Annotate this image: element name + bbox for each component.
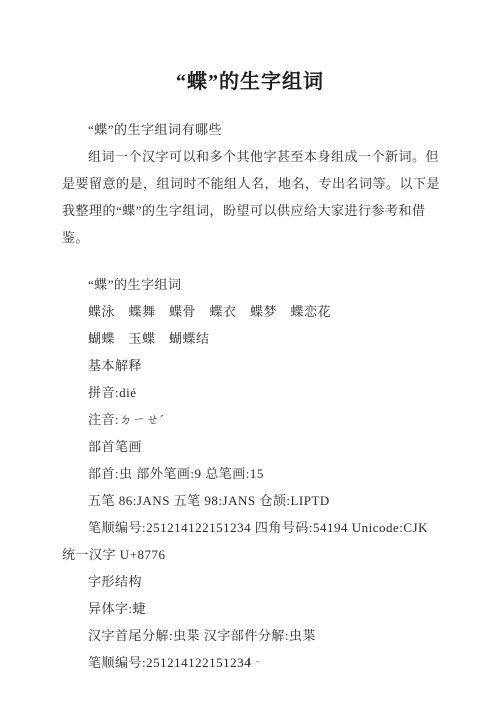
paragraph-radical-heading: 部首笔画 [62, 433, 444, 460]
paragraph-wubi-info: 五笔 86:JANS 五笔 98:JANS 仓颉:LIPTD [62, 487, 444, 514]
page-number: - 1 - [0, 655, 500, 667]
paragraph-pinyin: 拼音:dié [62, 379, 444, 406]
paragraph-radical-info: 部首:虫 部外笔画:9 总笔画:15 [62, 460, 444, 487]
paragraph-stroke-unicode: 笔顺编号:251214122151234 四角号码:54194 Unicode:… [62, 514, 444, 568]
paragraph-structure-heading: 字形结构 [62, 568, 444, 595]
paragraph-word-list-2: 蝴蝶 玉蝶 蝴蝶结 [62, 325, 444, 352]
paragraph-basic-heading: 基本解释 [62, 352, 444, 379]
document-page: “蝶”的生字组词 “蝶”的生字组词有哪些 组词一个汉字可以和多个其他字甚至本身组… [0, 0, 500, 707]
paragraph-intro: 组词一个汉字可以和多个其他字甚至本身组成一个新词。但是要留意的是，组词时不能组人… [62, 143, 444, 251]
paragraph-subtitle: “蝶”的生字组词有哪些 [62, 116, 444, 143]
document-body: “蝶”的生字组词有哪些 组词一个汉字可以和多个其他字甚至本身组成一个新词。但是要… [0, 116, 500, 676]
document-title: “蝶”的生字组词 [0, 68, 500, 96]
paragraph-variant: 异体字:蜨 [62, 595, 444, 622]
paragraph-word-list-1: 蝶泳 蝶舞 蝶骨 蝶衣 蝶梦 蝶恋花 [62, 298, 444, 325]
paragraph-zhuyin: 注音:ㄉㄧㄝˊ [62, 406, 444, 433]
paragraph-section-heading: “蝶”的生字组词 [62, 271, 444, 298]
paragraph-decomposition: 汉字首尾分解:虫枼 汉字部件分解:虫枼 [62, 622, 444, 649]
